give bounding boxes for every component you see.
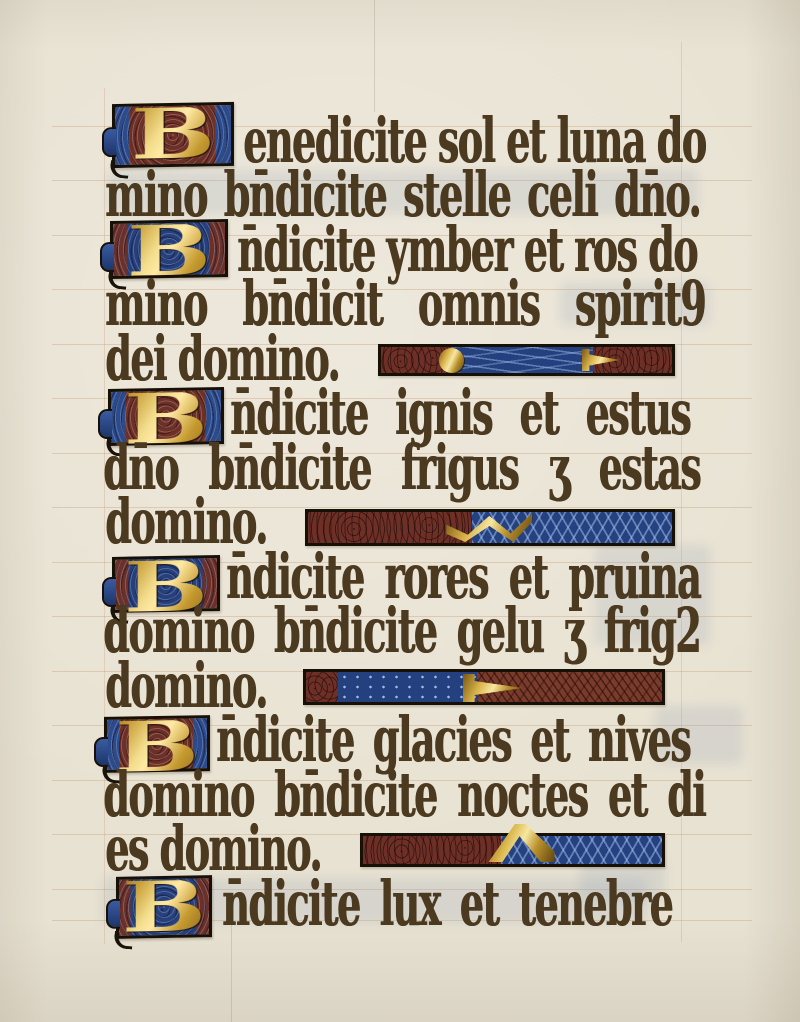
initial-letter: B xyxy=(103,879,225,934)
filler-panel-red xyxy=(363,836,501,864)
line-filler xyxy=(378,344,675,376)
initial-letter: B xyxy=(95,106,252,162)
line-filler xyxy=(303,669,665,705)
filler-panel-blue-scale xyxy=(338,672,477,702)
line-filler xyxy=(305,509,675,546)
manuscript-page: B B B B B B enedicite sol et luna do min… xyxy=(0,0,800,1022)
gold-disc-ornament xyxy=(439,348,464,373)
parchment-crease xyxy=(374,0,375,112)
line-filler xyxy=(360,833,665,867)
illuminated-initial: B xyxy=(116,875,212,939)
filler-panel-red xyxy=(306,672,338,702)
filler-panel-blue-wave xyxy=(451,347,594,373)
text-line: n̄dicite lux et tenebre xyxy=(222,873,672,935)
